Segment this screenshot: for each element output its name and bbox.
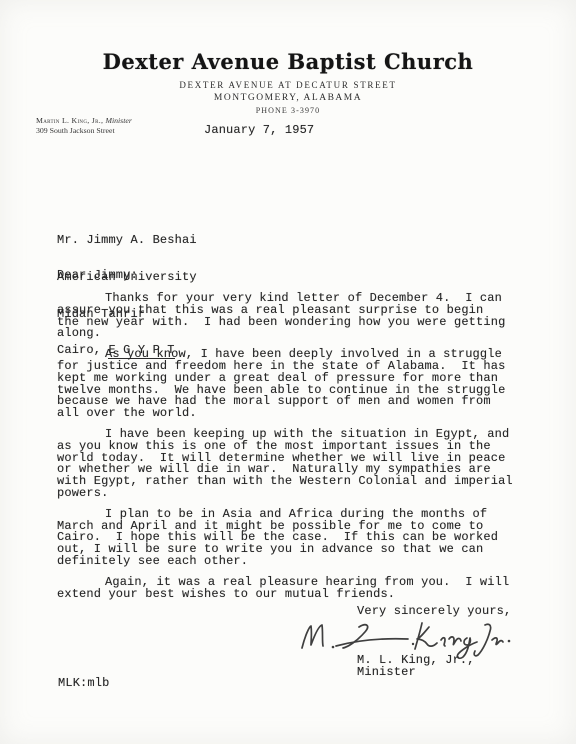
signature-period [412,643,414,645]
signature-underline [336,639,408,646]
body-paragraph: As you know, I have been deeply involved… [57,349,531,420]
signature-stroke-i [441,638,445,646]
letterhead-street: DEXTER AVENUE AT DECATUR STREET [0,80,576,90]
recipient-line: Mr. Jimmy A. Beshai [57,234,197,246]
letter-scan-page: Dexter Avenue Baptist Church DEXTER AVEN… [0,0,576,744]
letter-body: Thanks for your very kind letter of Dece… [57,293,531,609]
letterhead-phone: PHONE 3-3970 [0,106,576,115]
signature-period [332,646,335,649]
body-paragraph: Again, it was a real pleasure hearing fr… [57,577,531,601]
letter-date: January 7, 1957 [204,125,314,137]
signature-stroke-n [449,637,461,645]
body-paragraph: I have been keeping up with the situatio… [57,429,531,500]
signature-stroke-m [302,625,323,648]
signature-stroke-j [474,624,490,656]
letterhead-city: MONTGOMERY, ALABAMA [0,93,576,103]
minister-name: Martin L. King, Jr., [36,116,105,125]
minister-address: 309 South Jackson Street [36,126,132,136]
church-name: Dexter Avenue Baptist Church [0,49,576,74]
minister-block: Martin L. King, Jr., Minister 309 South … [36,116,132,136]
signature-period [508,640,511,643]
salutation: Dear Jimmy: [57,270,138,282]
body-paragraph: I plan to be in Asia and Africa during t… [57,509,531,568]
minister-name-line: Martin L. King, Jr., Minister [36,116,132,126]
signed-title: Minister [357,667,416,679]
letterhead: Dexter Avenue Baptist Church DEXTER AVEN… [0,49,576,115]
signature-stroke-r [492,638,503,645]
body-paragraph: Thanks for your very kind letter of Dece… [57,293,531,340]
minister-title: Minister [105,116,131,125]
signature-stroke-l [343,625,368,648]
typist-initials: MLK:mlb [58,678,109,690]
